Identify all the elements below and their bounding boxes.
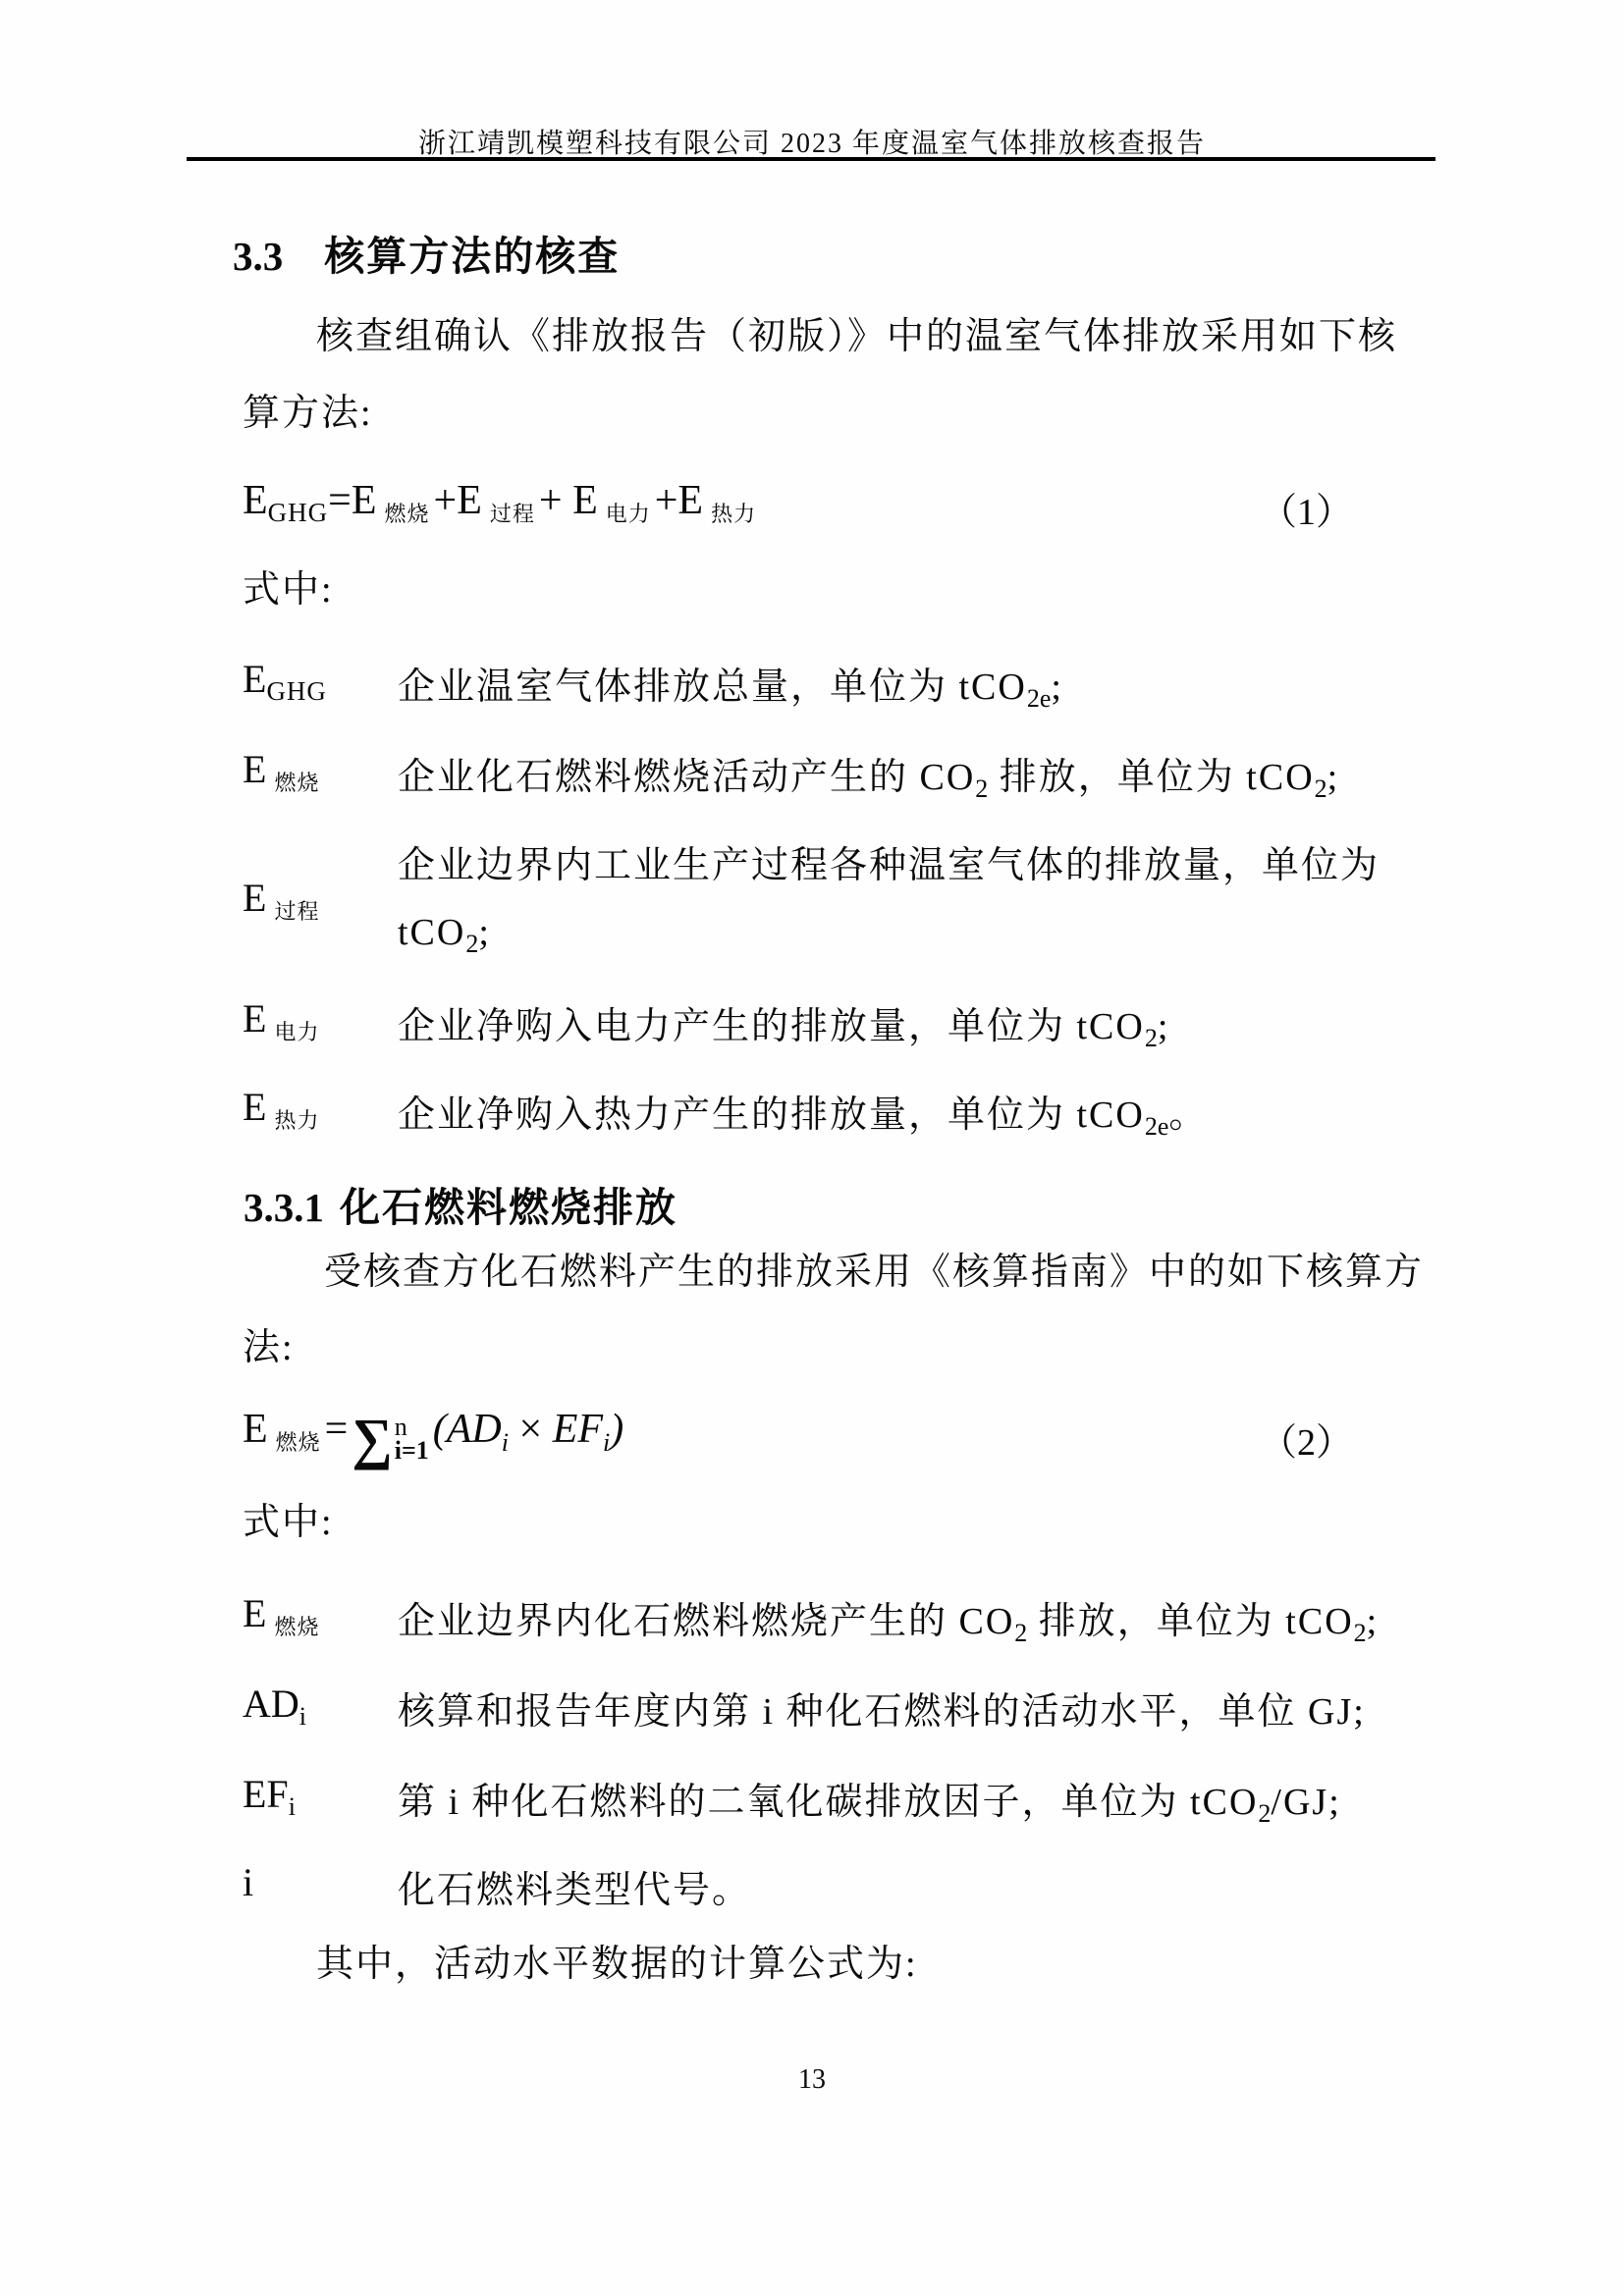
section-title: 化石燃料燃烧排放 [340, 1185, 677, 1230]
definition-label-base: E [243, 1591, 266, 1635]
definition-desc: 企业边界内化石燃料燃烧产生的 CO2 排放，单位为 tCO2; [398, 1590, 1379, 1648]
definition-label-base: E [243, 1085, 266, 1129]
document-page: 浙江靖凯模塑科技有限公司 2023 年度温室气体排放核查报告 3.3核算方法的核… [0, 0, 1624, 2296]
definition-label-base: EF [243, 1772, 289, 1816]
definition-desc-text: ; [1367, 1601, 1380, 1642]
definition-desc: 企业化石燃料燃烧活动产生的 CO2 排放，单位为 tCO2; [398, 746, 1339, 804]
definition-label-base: i [243, 1860, 253, 1904]
definition-label: ADi [243, 1681, 306, 1732]
sigma-lower-limit: i=1 [395, 1439, 429, 1463]
definition-desc-text: 排放，单位为 tCO [1027, 1601, 1353, 1642]
definition-label-subscript: i [299, 1702, 306, 1731]
definition-label: EFi [243, 1771, 296, 1822]
formula1-term3: E [572, 478, 598, 523]
formula-2-number: （2） [1260, 1412, 1353, 1466]
definition-desc: 企业净购入电力产生的排放量，单位为 tCO2; [398, 995, 1169, 1053]
formula1-term2: E [457, 478, 482, 523]
definition-desc-text: 企业净购入热力产生的排放量，单位为 tCO [398, 1095, 1145, 1136]
formula-1: EGHG=E燃烧+E过程+ E电力+E热力 [243, 477, 760, 528]
formula1-plus3: + [655, 478, 678, 523]
formula2-ad: AD [447, 1407, 502, 1452]
definition-desc-subscript: 2 [975, 774, 988, 803]
definition-label-base: E [243, 996, 266, 1041]
definition-desc-text: 企业净购入电力产生的排放量，单位为 tCO [398, 1006, 1145, 1047]
sigma-limits: ni=1 [395, 1414, 429, 1465]
paragraph-fuel-line2: 法: [243, 1325, 295, 1370]
paragraph-intro-line1: 核查组确认《排放报告（初版）》中的温室气体排放采用如下核 [316, 314, 1397, 359]
definition-label: i [243, 1859, 253, 1910]
definition-label: E过程 [243, 875, 323, 926]
paragraph-intro-line2: 算方法: [243, 391, 373, 436]
definition-desc-subscript: 2 [1145, 1024, 1158, 1052]
page-number: 13 [0, 2064, 1624, 2096]
formula2-lhs: E [243, 1407, 268, 1452]
definition-desc-text: 企业边界内化石燃料燃烧产生的 CO [398, 1601, 1014, 1642]
definition-desc-text: 排放，单位为 tCO [988, 757, 1314, 798]
section-number: 3.3 [233, 234, 283, 279]
definition-desc-line1: 企业边界内工业生产过程各种温室气体的排放量，单位为 [398, 834, 1380, 888]
formula1-lhs-subscript: GHG [268, 498, 329, 527]
definition-label-subscript: 燃烧 [274, 1615, 319, 1639]
definition-desc-subscript: 2 [1315, 774, 1327, 803]
definition-label-subscript: 过程 [274, 899, 319, 924]
formula2-lhs-subscript: 燃烧 [276, 1430, 321, 1455]
formula1-term3-subscript: 电力 [606, 502, 651, 526]
summation-symbol: ∑ni=1 [352, 1414, 428, 1465]
formula1-lhs: E [243, 478, 268, 523]
formula1-equals: = [328, 478, 352, 523]
definition-label-base: E [243, 876, 266, 920]
formula1-term2-subscript: 过程 [490, 502, 535, 526]
section-heading-3-3: 3.3核算方法的核查 [233, 224, 620, 282]
definition-desc: 核算和报告年度内第 i 种化石燃料的活动水平，单位 GJ; [398, 1681, 1366, 1735]
definition-desc-subscript: 2e [1027, 684, 1052, 713]
formula-1-number: （1） [1260, 481, 1353, 535]
sigma-glyph: ∑ [352, 1414, 392, 1465]
definition-desc-text: tCO [398, 912, 465, 953]
header-divider-rule [187, 157, 1435, 161]
definition-label: EGHG [243, 656, 327, 707]
section-title: 核算方法的核查 [324, 234, 620, 279]
definition-desc-text: 企业化石燃料燃烧活动产生的 CO [398, 757, 975, 798]
definition-desc-text: /GJ; [1271, 1782, 1340, 1823]
definition-desc: 企业净购入热力产生的排放量，单位为 tCO2e。 [398, 1084, 1208, 1142]
definition-label: E热力 [243, 1084, 323, 1135]
definition-label-subscript: i [289, 1792, 296, 1821]
formula2-close-paren: ) [610, 1407, 623, 1452]
definition-label-subscript: 电力 [274, 1020, 319, 1044]
definition-desc-subscript: 2e [1145, 1112, 1169, 1141]
definition-desc: 企业温室气体排放总量，单位为 tCO2e; [398, 656, 1063, 714]
definition-desc-subscript: 2 [1014, 1619, 1027, 1647]
paragraph-activity-formula: 其中，活动水平数据的计算公式为: [316, 1942, 918, 1987]
formula2-equals: = [325, 1407, 349, 1452]
definition-desc: 第 i 种化石燃料的二氧化碳排放因子，单位为 tCO2/GJ; [398, 1771, 1341, 1829]
definition-label-base: AD [243, 1682, 299, 1726]
page-header-title: 浙江靖凯模塑科技有限公司 2023 年度温室气体排放核查报告 [0, 122, 1624, 161]
definition-label: E电力 [243, 995, 323, 1046]
definition-desc-text: ; [1327, 757, 1340, 798]
definition-desc-text: ; [1051, 667, 1063, 708]
definition-label-subscript: 热力 [274, 1108, 319, 1133]
definition-desc: 化石燃料类型代号。 [398, 1859, 751, 1913]
section-number: 3.3.1 [244, 1185, 324, 1230]
formula1-term4: E [677, 478, 703, 523]
formula1-term1: E [352, 478, 377, 523]
definition-label-subscript: GHG [266, 676, 327, 706]
definition-desc-text: 企业温室气体排放总量，单位为 tCO [398, 667, 1027, 708]
definition-desc-subscript: 2 [465, 930, 478, 958]
definition-desc-text: ; [478, 912, 491, 953]
formula1-term1-subscript: 燃烧 [385, 502, 430, 526]
paragraph-fuel-line1: 受核查方化石燃料产生的排放采用《核算指南》中的如下核算方 [324, 1250, 1424, 1295]
definition-label: E燃烧 [243, 746, 323, 797]
formula2-ad-subscript: i [502, 1428, 509, 1457]
definition-label-base: E [243, 657, 266, 701]
formula2-times: × [509, 1407, 553, 1452]
definition-label-subscript: 燃烧 [274, 771, 319, 795]
section-heading-3-3-1: 3.3.1化石燃料燃烧排放 [244, 1175, 677, 1233]
definition-desc-text: 第 i 种化石燃料的二氧化碳排放因子，单位为 tCO [398, 1782, 1258, 1823]
definition-desc-text: ; [1158, 1006, 1170, 1047]
formula1-term4-subscript: 热力 [711, 502, 756, 526]
formula2-ef: EF [553, 1407, 603, 1452]
definition-desc-line2: tCO2; [398, 911, 491, 959]
definition-label: E燃烧 [243, 1590, 323, 1641]
definition-label-base: E [243, 747, 266, 791]
formula2-open-paren: ( [433, 1407, 447, 1452]
definition-desc-subscript: 2 [1354, 1619, 1367, 1647]
where-label-2: 式中: [243, 1500, 334, 1545]
definition-desc-subscript: 2 [1258, 1799, 1271, 1828]
where-label-1: 式中: [243, 567, 334, 613]
formula1-plus2: + [539, 478, 572, 523]
formula-2: E燃烧=∑ni=1(ADi × EFi) [243, 1406, 623, 1465]
formula1-plus1: + [434, 478, 458, 523]
definition-desc-text: 。 [1168, 1095, 1208, 1136]
